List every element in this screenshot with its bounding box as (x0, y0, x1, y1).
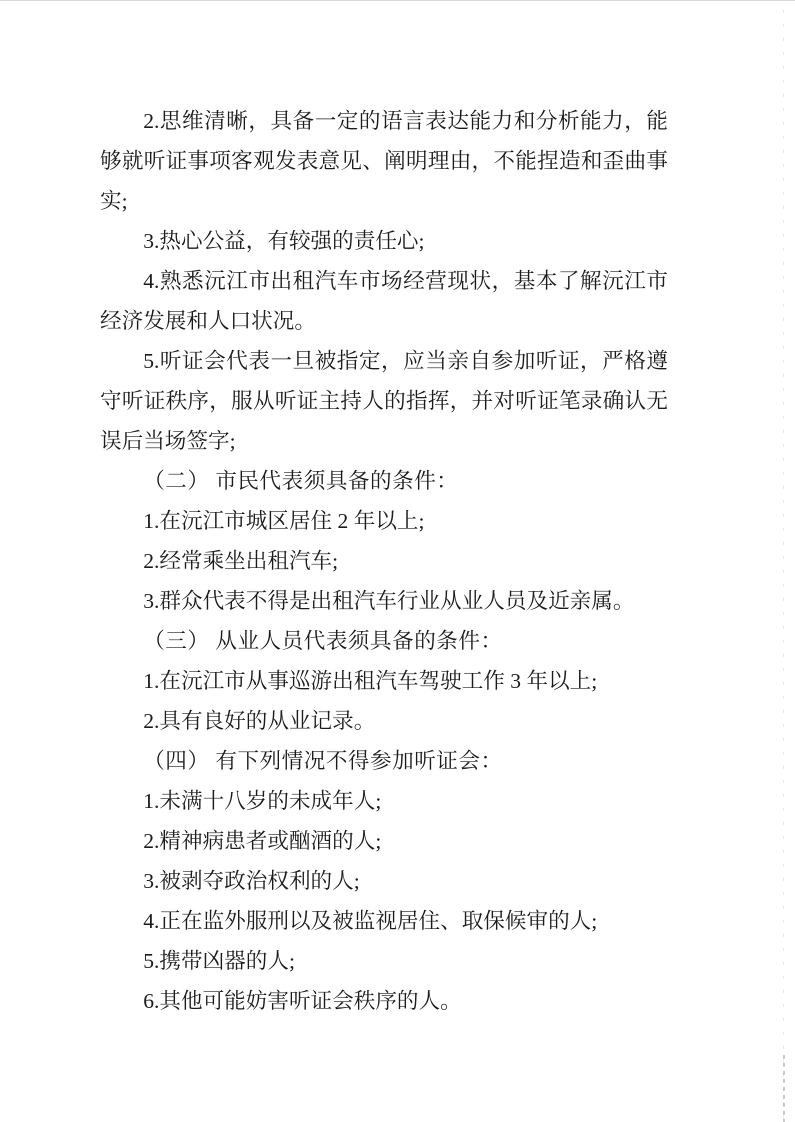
scan-artifact-top-edge (0, 0, 795, 1)
text-line-11: 1.在沅江市城区居住 2 年以上; (100, 501, 668, 541)
text-line-5: 4.熟悉沅江市出租汽车市场经营现状，基本了解沅江市 (100, 261, 668, 301)
scan-artifact-right-edge (783, 10, 784, 1122)
text-line-22: 5.携带凶器的人; (100, 941, 668, 981)
text-line-13: 3.群众代表不得是出租汽车行业从业人员及近亲属。 (100, 581, 668, 621)
text-line-15: 1.在沅江市从事巡游出租汽车驾驶工作 3 年以上; (100, 661, 668, 701)
text-line-21: 4.正在监外服刑以及被监视居住、取保候审的人; (100, 901, 668, 941)
text-line-14: （三） 从业人员代表须具备的条件： (100, 621, 668, 661)
text-line-12: 2.经常乘坐出租汽车; (100, 541, 668, 581)
text-line-6: 经济发展和人口状况。 (100, 301, 668, 341)
text-line-4: 3.热心公益，有较强的责任心; (100, 221, 668, 261)
text-line-2: 够就听证事项客观发表意见、阐明理由，不能捏造和歪曲事 (100, 141, 668, 181)
text-line-17: （四） 有下列情况不得参加听证会： (100, 741, 668, 781)
text-line-19: 2.精神病患者或酗酒的人; (100, 821, 668, 861)
scanned-document-page: 2.思维清晰，具备一定的语言表达能力和分析能力，能够就听证事项客观发表意见、阐明… (0, 0, 795, 1122)
text-line-7: 5.听证会代表一旦被指定，应当亲自参加听证，严格遵 (100, 341, 668, 381)
text-line-16: 2.具有良好的从业记录。 (100, 701, 668, 741)
scan-artifact-right-edge-bottom (783, 1055, 785, 1122)
text-line-3: 实; (100, 181, 668, 221)
text-line-9: 误后当场签字; (100, 421, 668, 461)
text-line-18: 1.未满十八岁的未成年人; (100, 781, 668, 821)
text-line-1: 2.思维清晰，具备一定的语言表达能力和分析能力，能 (100, 101, 668, 141)
text-line-8: 守听证秩序，服从听证主持人的指挥，并对听证笔录确认无 (100, 381, 668, 421)
text-line-20: 3.被剥夺政治权利的人; (100, 861, 668, 901)
text-line-23: 6.其他可能妨害听证会秩序的人。 (100, 981, 668, 1021)
text-line-10: （二） 市民代表须具备的条件： (100, 461, 668, 501)
document-body-text: 2.思维清晰，具备一定的语言表达能力和分析能力，能够就听证事项客观发表意见、阐明… (100, 101, 668, 1021)
